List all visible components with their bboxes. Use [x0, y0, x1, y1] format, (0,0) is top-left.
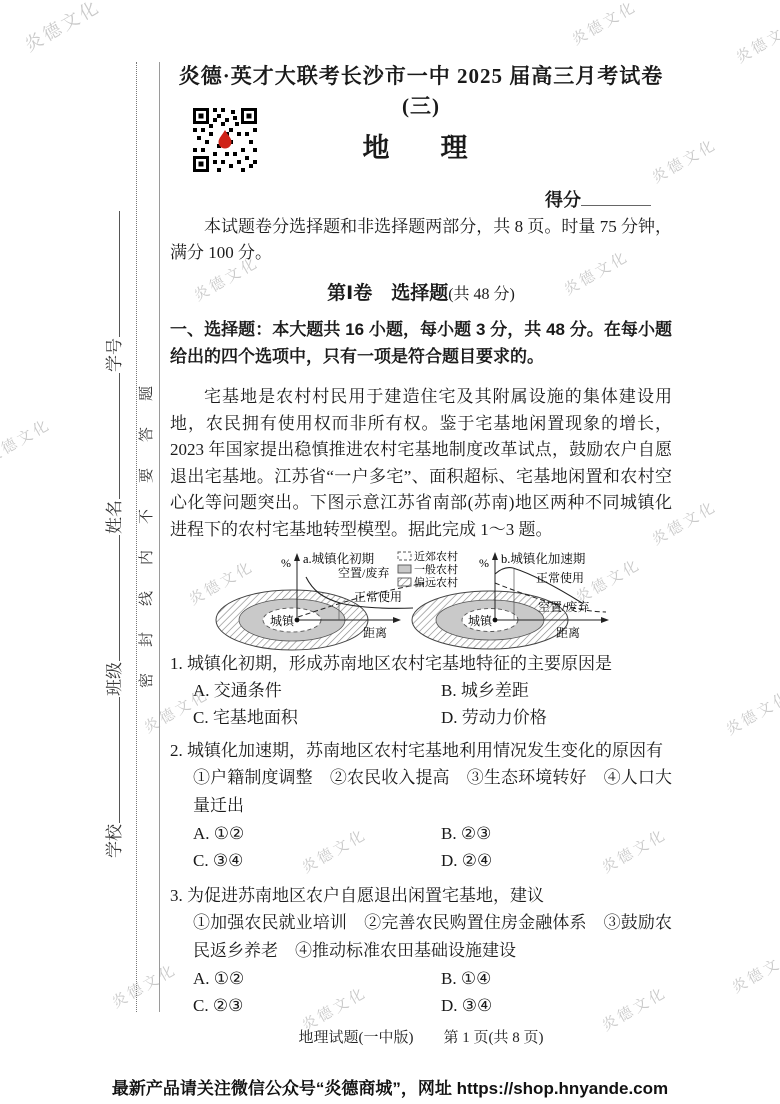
question-2: 2. 城镇化加速期，苏南地区农村宅基地利用情况发生变化的原因有 ①户籍制度调整 … — [170, 737, 672, 874]
legend-swatch-remote — [398, 578, 411, 586]
question-1-text: 城镇化初期，形成苏南地区农村宅基地特征的主要原因是 — [187, 654, 612, 673]
question-3: 3. 为促进苏南地区农户自愿退出闲置宅基地，建议 ①加强农民就业培训 ②完善农民… — [170, 882, 672, 1019]
field-class-blank — [104, 535, 120, 661]
section-instruction: 一、选择题：本大题共 16 小题，每小题 3 分，共 48 分。在每小题给出的四… — [170, 316, 672, 370]
legend-label-remote: 偏远农村 — [414, 575, 458, 589]
option-3d: D. ③④ — [441, 992, 672, 1019]
left-town-label: 城镇 — [270, 613, 295, 628]
score-label: 得分 — [545, 190, 581, 210]
page-footer: 地理试题(一中版) 第 1 页(共 8 页) — [170, 1026, 672, 1047]
question-2-suboptions: ①户籍制度调整 ②农民收入提高 ③生态环境转好 ④人口大量迁出 — [193, 764, 672, 820]
field-number-blank — [104, 211, 120, 337]
option-3b: B. ①④ — [441, 965, 672, 992]
option-1a: A. 交通条件 — [193, 677, 441, 704]
left-diagram-title: a.城镇化初期 — [303, 551, 375, 566]
section-title: 第Ⅰ卷 选择题 — [327, 283, 448, 304]
option-2b: B. ②③ — [441, 820, 672, 847]
diagram-early-urbanization: % a.城镇化初期 空置/废弃 正常使用 距离 城镇 — [216, 551, 424, 650]
question-2-number: 2. — [170, 741, 183, 760]
score-blank — [581, 187, 651, 206]
right-y-axis-label: % — [479, 556, 489, 570]
option-2d: D. ②④ — [441, 847, 672, 874]
right-town-label: 城镇 — [468, 613, 493, 628]
watermark: 炎德文化 — [568, 0, 641, 50]
question-2-text: 城镇化加速期，苏南地区农村宅基地利用情况发生变化的原因有 — [187, 741, 663, 760]
question-list: 1. 城镇化初期，形成苏南地区农村宅基地特征的主要原因是 A. 交通条件 B. … — [170, 650, 672, 1019]
question-1-options: A. 交通条件 B. 城乡差距 C. 宅基地面积 D. 劳动力价格 — [193, 677, 672, 731]
option-1c: C. 宅基地面积 — [193, 704, 441, 731]
publisher-line: 最新产品请关注微信公众号“炎德商城”，网址 https://shop.hnyan… — [0, 1074, 780, 1099]
question-1-number: 1. — [170, 654, 183, 673]
score-field: 得分 — [545, 186, 651, 212]
left-x-axis-label: 距离 — [363, 626, 387, 640]
seal-notice-text: 密封线内不要答题 — [138, 360, 156, 688]
legend-swatch-general — [398, 565, 411, 573]
watermark: 炎德文化 — [19, 0, 105, 57]
question-3-suboptions: ①加强农民就业培训 ②完善农民购置住房金融体系 ③鼓励农民返乡养老 ④推动标准农… — [193, 909, 672, 965]
left-vacant-label: 空置/废弃 — [338, 565, 389, 580]
right-normal-use-label: 正常使用 — [536, 570, 584, 585]
field-number-label: 学号 — [105, 338, 124, 372]
left-normal-use-label: 正常使用 — [354, 589, 402, 604]
right-vacant-label: 空置/废弃 — [538, 599, 589, 614]
seal-dotted-line — [136, 62, 137, 1012]
right-diagram-title: b.城镇化加速期 — [501, 551, 586, 566]
field-school-blank — [104, 697, 120, 823]
question-1: 1. 城镇化初期，形成苏南地区农村宅基地特征的主要原因是 A. 交通条件 B. … — [170, 650, 672, 731]
question-3-stem: 3. 为促进苏南地区农户自愿退出闲置宅基地，建议 — [170, 882, 672, 909]
diagram-legend: 近郊农村 一般农村 偏远农村 — [398, 549, 458, 589]
question-3-number: 3. — [170, 886, 183, 905]
exam-page: { "watermark": { "text": "炎德文化", "color"… — [0, 0, 780, 1104]
legend-label-suburban: 近郊农村 — [414, 549, 458, 563]
field-name-blank — [104, 373, 120, 499]
page-border-line — [159, 62, 160, 1012]
urbanization-diagram: % a.城镇化初期 空置/废弃 正常使用 距离 城镇 近郊农村 一般农村 偏远农… — [170, 548, 640, 665]
watermark: 炎德文化 — [728, 943, 780, 997]
watermark: 炎德文化 — [0, 413, 54, 467]
field-name-label: 姓名 — [105, 500, 124, 534]
left-y-axis-label: % — [281, 556, 291, 570]
option-3c: C. ②③ — [193, 992, 441, 1019]
field-school-label: 学校 — [105, 824, 124, 858]
subject-title: 地 理 — [170, 126, 672, 165]
legend-swatch-suburban — [398, 552, 411, 560]
question-passage: 宅基地是农村村民用于建造住宅及其附属设施的集体建设用地，农民拥有使用权而非所有权… — [170, 384, 672, 543]
student-info-fields: 学校班级姓名学号 — [104, 210, 125, 858]
section-heading: 第Ⅰ卷 选择题(共 48 分) — [170, 278, 672, 305]
option-3a: A. ①② — [193, 965, 441, 992]
section-points: (共 48 分) — [448, 286, 515, 303]
question-2-options: A. ①② B. ②③ C. ③④ D. ②④ — [193, 820, 672, 874]
exam-notice: 本试题卷分选择题和非选择题两部分，共 8 页。时量 75 分钟，满分 100 分… — [170, 214, 672, 266]
option-2c: C. ③④ — [193, 847, 441, 874]
question-3-options: A. ①② B. ①④ C. ②③ D. ③④ — [193, 965, 672, 1019]
question-3-text: 为促进苏南地区农户自愿退出闲置宅基地，建议 — [187, 886, 544, 905]
option-1b: B. 城乡差距 — [441, 677, 672, 704]
question-1-stem: 1. 城镇化初期，形成苏南地区农村宅基地特征的主要原因是 — [170, 650, 672, 677]
question-2-stem: 2. 城镇化加速期，苏南地区农村宅基地利用情况发生变化的原因有 — [170, 737, 672, 764]
option-1d: D. 劳动力价格 — [441, 704, 672, 731]
option-2a: A. ①② — [193, 820, 441, 847]
watermark: 炎德文化 — [722, 685, 780, 739]
watermark: 炎德文化 — [732, 13, 780, 67]
legend-label-general: 一般农村 — [414, 562, 458, 576]
field-class-label: 班级 — [105, 662, 124, 696]
right-x-axis-label: 距离 — [556, 626, 580, 640]
